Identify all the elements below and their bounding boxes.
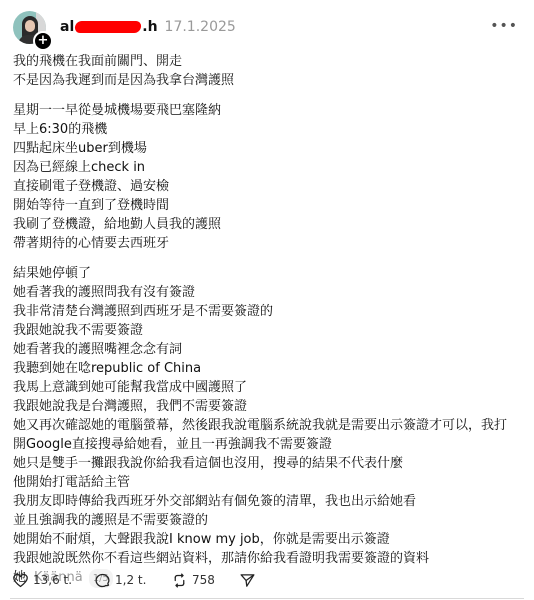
repost-button[interactable]: 758 <box>171 572 239 589</box>
text-line: 我朋友即時傳給我西班牙外交部網站有個免簽的清單，我也出示給她看 <box>13 492 513 511</box>
post-actions: 13,6 t. 1,2 t. 758 <box>12 570 256 590</box>
text-line: 我聽到她在唸republic of China <box>13 359 513 378</box>
username-end: .h <box>142 19 157 35</box>
text-line: 早上6:30的飛機 <box>13 120 513 139</box>
text-line: 因為已經線上check in <box>13 158 513 177</box>
text-line: 我跟她說我是台灣護照，我們不需要簽證 <box>13 397 513 416</box>
text-line: 並且強調我的護照是不需要簽證的 <box>13 511 513 530</box>
like-count: 13,6 t. <box>33 573 72 587</box>
text-line: 開始等待一直到了登機時間 <box>13 196 513 215</box>
redaction-mark <box>74 21 142 33</box>
text-line: 她開始不耐煩，大聲跟我說I know my job，你就是需要出示簽證 <box>13 530 513 549</box>
heart-icon <box>12 572 29 589</box>
text-line: 我跟她說既然你不看這些網站資料，那請你給我看證明我需要簽證的資料 <box>13 549 513 568</box>
repost-icon <box>171 572 188 589</box>
more-options-icon[interactable]: ••• <box>490 18 518 34</box>
reply-count: 1,2 t. <box>115 573 146 587</box>
post-body: 我的飛機在我面前關門、開走 不是因為我遲到而是因為我拿台灣護照 星期一一早從曼城… <box>13 52 513 588</box>
text-line: 她又再次確認她的電腦螢幕，然後跟我說電腦系統說我就是需要出示簽證才可以，我打開G… <box>13 416 513 454</box>
text-line: 我馬上意識到她可能幫我當成中國護照了 <box>13 378 513 397</box>
post-header: + al.h 17.1.2025 ••• <box>12 10 522 44</box>
post-divider <box>10 598 524 599</box>
repost-count: 758 <box>192 573 215 587</box>
like-button[interactable]: 13,6 t. <box>12 572 94 589</box>
text-line: 星期一一早從曼城機場要飛巴塞隆納 <box>13 101 513 120</box>
reply-button[interactable]: 1,2 t. <box>94 572 171 589</box>
post-timestamp[interactable]: 17.1.2025 <box>165 19 236 35</box>
text-line: 直接刷電子登機證、過安檢 <box>13 177 513 196</box>
author-username[interactable]: al.h <box>60 19 158 35</box>
text-line: 她看著我的護照嘴裡念念有詞 <box>13 340 513 359</box>
paragraph-2: 星期一一早從曼城機場要飛巴塞隆納 早上6:30的飛機 四點起床坐uber到機場 … <box>13 101 513 253</box>
text-line: 她看著我的護照問我有沒有簽證 <box>13 283 513 302</box>
share-button[interactable] <box>239 572 256 589</box>
text-line: 帶著期待的心情要去西班牙 <box>13 234 513 253</box>
text-line: 我的飛機在我面前關門、開走 <box>13 52 513 71</box>
text-line: 我跟她說我不需要簽證 <box>13 321 513 340</box>
paragraph-1: 我的飛機在我面前關門、開走 不是因為我遲到而是因為我拿台灣護照 <box>13 52 513 90</box>
paragraph-3: 結果她停頓了 她看著我的護照問我有沒有簽證 我非常清楚台灣護照到西班牙是不需要簽… <box>13 264 513 588</box>
text-line: 不是因為我遲到而是因為我拿台灣護照 <box>13 71 513 90</box>
follow-plus-icon[interactable]: + <box>33 31 53 51</box>
text-line: 我刷了登機證，給地勤人員我的護照 <box>13 215 513 234</box>
text-line: 我非常清楚台灣護照到西班牙是不需要簽證的 <box>13 302 513 321</box>
text-line: 她只是雙手一攤跟我說你給我看這個也沒用，搜尋的結果不代表什麼 <box>13 454 513 473</box>
threads-post: + al.h 17.1.2025 ••• 我的飛機在我面前關門、開走 不是因為我… <box>0 0 534 600</box>
text-line: 他開始打電話給主管 <box>13 473 513 492</box>
username-start: al <box>60 19 74 35</box>
text-line: 四點起床坐uber到機場 <box>13 139 513 158</box>
text-line: 結果她停頓了 <box>13 264 513 283</box>
author-avatar[interactable]: + <box>13 11 46 44</box>
comment-icon <box>94 572 111 589</box>
send-icon <box>239 572 256 589</box>
